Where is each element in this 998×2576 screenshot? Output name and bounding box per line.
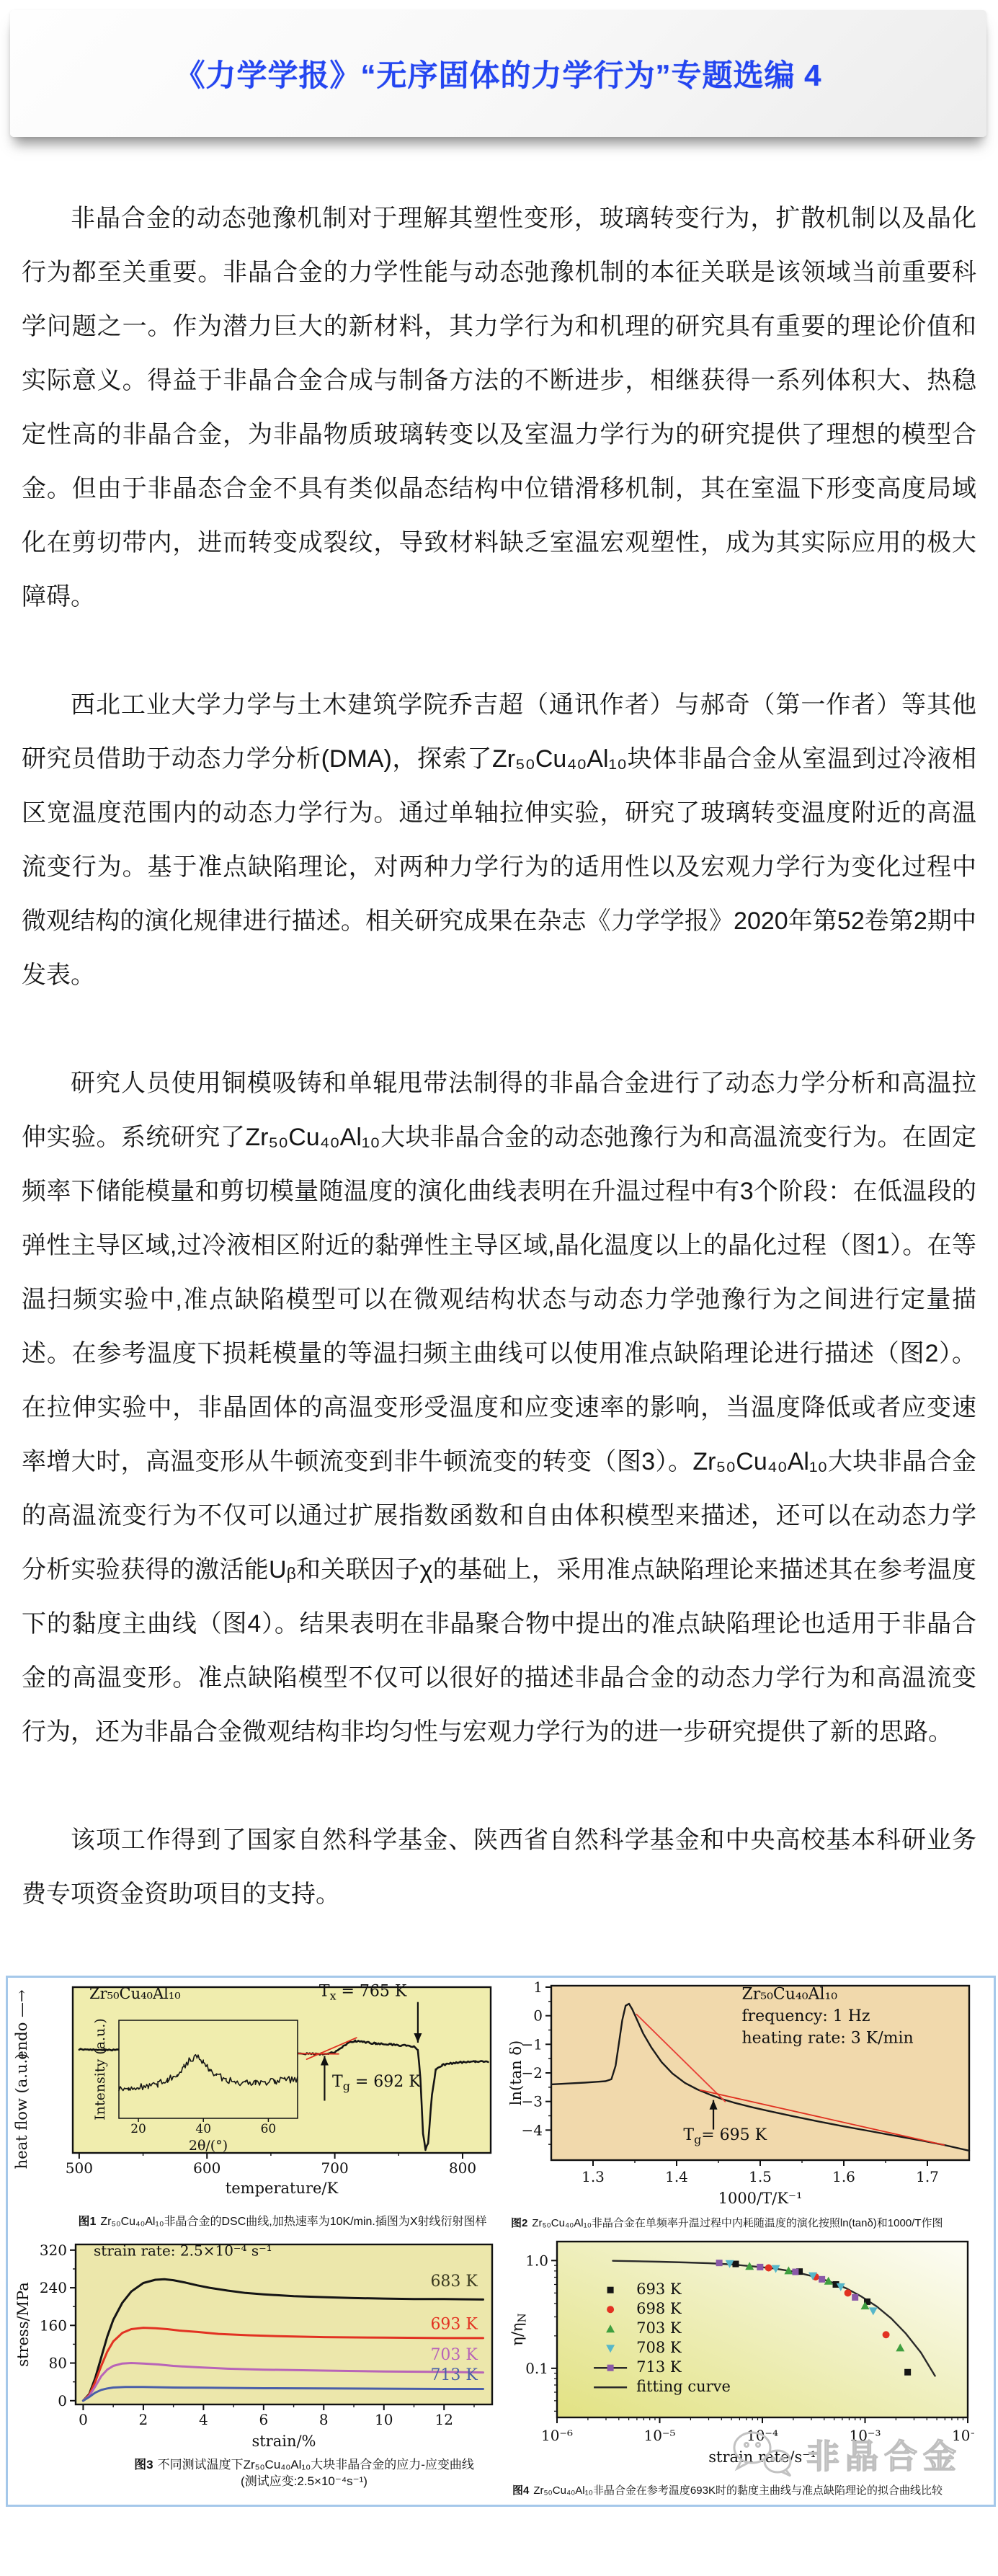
svg-text:strain rate/s⁻¹: strain rate/s⁻¹: [708, 2448, 816, 2466]
svg-text:η/ηN​: η/ηN​: [509, 2313, 529, 2345]
svg-text:10: 10: [375, 2411, 393, 2428]
svg-text:heating rate: 3 K/min: heating rate: 3 K/min: [741, 2029, 913, 2047]
figure3-caption-line2: (测试应变:2.5×10⁻⁴s⁻¹): [12, 2473, 553, 2490]
svg-text:1.3: 1.3: [582, 2168, 605, 2185]
figure4-caption-text: Zr₅₀Cu₄₀Al₁₀非晶合金在参考温度693K时的黏度主曲线与准点缺陷理论的…: [533, 2484, 943, 2497]
article-body: 非晶合金的动态弛豫机制对于理解其塑性变形，玻璃转变行为，扩散机制以及晶化行为都至…: [0, 137, 998, 1922]
svg-text:703 K: 703 K: [636, 2319, 682, 2337]
svg-text:10⁻²: 10⁻²: [952, 2427, 974, 2444]
svg-text:80: 80: [49, 2355, 67, 2372]
figure1-caption: 图1Zr₅₀Cu₄₀Al₁₀非晶合金的DSC曲线,加热速率为10K/min.插图…: [12, 2213, 531, 2230]
bottom-spacer: [0, 2507, 998, 2521]
figure3-caption-tag: 图3: [134, 2458, 153, 2471]
svg-text:1: 1: [533, 1981, 543, 1996]
figure1-dsc-chart: 500600700800Zr₅₀Cu₄₀Al₁₀Tx​ = 765 KTg​ =…: [12, 1981, 499, 2213]
svg-text:240: 240: [40, 2279, 67, 2296]
svg-text:693 K: 693 K: [430, 2316, 478, 2334]
figure4-caption-tag: 图4: [512, 2484, 529, 2497]
figure-3-panel: 024681012080160240320strain rate: 2.5×10…: [12, 2237, 509, 2490]
svg-text:1.6: 1.6: [832, 2168, 855, 2185]
svg-text:ln(tan δ): ln(tan δ): [509, 2040, 525, 2105]
svg-text:10⁻³: 10⁻³: [849, 2427, 881, 2444]
figure-4-panel: 10⁻⁶10⁻⁵10⁻⁴10⁻³10⁻²1.00.1693 K698 K703 …: [509, 2237, 992, 2499]
svg-text:0.1: 0.1: [525, 2360, 548, 2377]
svg-text:600: 600: [193, 2159, 220, 2177]
figure-row-bottom: 024681012080160240320strain rate: 2.5×10…: [12, 2237, 992, 2499]
figure1-caption-text: Zr₅₀Cu₄₀Al₁₀非晶合金的DSC曲线,加热速率为10K/min.插图为X…: [100, 2216, 486, 2228]
svg-text:0: 0: [533, 2007, 543, 2025]
paragraph-intro: 非晶合金的动态弛豫机制对于理解其塑性变形，玻璃转变行为，扩散机制以及晶化行为都至…: [22, 192, 976, 624]
svg-text:10⁻⁴: 10⁻⁴: [747, 2427, 778, 2444]
figure3-stress-strain-chart: 024681012080160240320strain rate: 2.5×10…: [12, 2237, 499, 2453]
svg-text:60: 60: [261, 2122, 277, 2136]
figure2-caption-tag: 图2: [511, 2217, 527, 2229]
paragraph-results: 研究人员使用铜模吸铸和单辊甩带法制得的非晶合金进行了动态力学分析和高温拉伸实验。…: [22, 1057, 976, 1759]
svg-text:heat flow (a.u.): heat flow (a.u.): [13, 2053, 30, 2169]
svg-text:strain rate: 2.5×10⁻⁴ s⁻¹: strain rate: 2.5×10⁻⁴ s⁻¹: [94, 2242, 272, 2260]
svg-text:Tx​ = 765 K: Tx​ = 765 K: [319, 1983, 407, 2003]
figure-2-panel: 1.31.41.51.61.710−1−2−3−4Zr₅₀Cu₄₀Al₁₀fre…: [509, 1981, 992, 2213]
svg-text:693 K: 693 K: [636, 2280, 682, 2298]
figure-caption-row-top: 图1Zr₅₀Cu₄₀Al₁₀非晶合金的DSC曲线,加热速率为10K/min.插图…: [12, 2213, 992, 2231]
svg-text:683 K: 683 K: [430, 2273, 478, 2291]
svg-text:708 K: 708 K: [636, 2339, 682, 2356]
figure3-caption: 图3不同测试温度下Zr₅₀Cu₄₀Al₁₀大块非晶合金的应力-应变曲线: [12, 2456, 553, 2473]
svg-text:0: 0: [58, 2392, 67, 2410]
article-page: 《力学学报》“无序固体的力学行为”专题选编 4 非晶合金的动态弛豫机制对于理解其…: [0, 10, 998, 2521]
svg-text:2: 2: [139, 2411, 148, 2428]
svg-text:1.5: 1.5: [749, 2168, 772, 2185]
svg-text:strain/%: strain/%: [251, 2433, 316, 2450]
figure1-caption-tag: 图1: [78, 2216, 96, 2228]
paragraph-authors: 西北工业大学力学与土木建筑学院乔吉超（通讯作者）与郝奇（第一作者）等其他研究员借…: [22, 678, 976, 1003]
svg-text:40: 40: [195, 2122, 211, 2136]
svg-text:320: 320: [40, 2242, 67, 2259]
svg-text:−4: −4: [522, 2121, 543, 2138]
svg-text:Zr₅₀Cu₄₀Al₁₀: Zr₅₀Cu₄₀Al₁₀: [89, 1985, 181, 2002]
header-card: 《力学学报》“无序固体的力学行为”专题选编 4: [10, 10, 986, 137]
svg-text:2θ/(°): 2θ/(°): [189, 2138, 228, 2154]
svg-text:12: 12: [435, 2411, 453, 2428]
paragraph-funding: 该项工作得到了国家自然科学基金、陕西省自然科学基金和中央高校基本科研业务费专项资…: [22, 1813, 976, 1922]
svg-text:20: 20: [130, 2122, 146, 2136]
figure2-caption: 图2Zr₅₀Cu₄₀Al₁₀非晶合金在单频率升温过程中内耗随温度的演化按照ln(…: [509, 2215, 994, 2231]
svg-text:frequency: 1 Hz: frequency: 1 Hz: [741, 2007, 870, 2025]
svg-text:500: 500: [66, 2159, 93, 2177]
svg-text:4: 4: [199, 2411, 208, 2428]
figure-row-top: 500600700800Zr₅₀Cu₄₀Al₁₀Tx​ = 765 KTg​ =…: [12, 1981, 992, 2213]
page-title: 《力学学报》“无序固体的力学行为”专题选编 4: [174, 52, 821, 95]
svg-text:1.0: 1.0: [525, 2252, 548, 2269]
svg-text:6: 6: [259, 2411, 268, 2428]
svg-text:10⁻⁵: 10⁻⁵: [643, 2427, 675, 2444]
svg-text:160: 160: [40, 2317, 67, 2334]
svg-text:8: 8: [319, 2411, 329, 2428]
figure4-viscosity-chart: 10⁻⁶10⁻⁵10⁻⁴10⁻³10⁻²1.00.1693 K698 K703 …: [509, 2237, 974, 2469]
figure-box: 500600700800Zr₅₀Cu₄₀Al₁₀Tx​ = 765 KTg​ =…: [6, 1976, 996, 2507]
svg-text:703 K: 703 K: [430, 2346, 478, 2364]
svg-text:800: 800: [449, 2159, 476, 2177]
svg-text:698 K: 698 K: [636, 2300, 682, 2317]
svg-text:700: 700: [321, 2159, 349, 2177]
svg-text:1.4: 1.4: [665, 2168, 688, 2185]
svg-text:1000/T/K⁻¹: 1000/T/K⁻¹: [718, 2190, 803, 2207]
figure4-caption: 图4Zr₅₀Cu₄₀Al₁₀非晶合金在参考温度693K时的黏度主曲线与准点缺陷理…: [509, 2482, 995, 2499]
svg-text:0: 0: [79, 2411, 88, 2428]
svg-text:Intensity (a.u.): Intensity (a.u.): [92, 2018, 108, 2120]
figure-1-panel: 500600700800Zr₅₀Cu₄₀Al₁₀Tx​ = 765 KTg​ =…: [12, 1981, 509, 2213]
svg-text:Zr₅₀Cu₄₀Al₁₀: Zr₅₀Cu₄₀Al₁₀: [741, 1986, 837, 2004]
figure2-caption-text: Zr₅₀Cu₄₀Al₁₀非晶合金在单频率升温过程中内耗随温度的演化按照ln(ta…: [532, 2217, 943, 2229]
svg-text:temperature/K: temperature/K: [226, 2180, 339, 2197]
svg-text:fitting curve: fitting curve: [636, 2378, 731, 2395]
svg-text:10⁻⁶: 10⁻⁶: [541, 2427, 573, 2444]
figure2-lntand-chart: 1.31.41.51.61.710−1−2−3−4Zr₅₀Cu₄₀Al₁₀fre…: [509, 1981, 974, 2213]
svg-text:endo —→: endo —→: [13, 1989, 30, 2059]
figure3-caption-text: 不同测试温度下Zr₅₀Cu₄₀Al₁₀大块非晶合金的应力-应变曲线: [158, 2458, 474, 2471]
svg-text:stress/MPa: stress/MPa: [14, 2282, 32, 2367]
svg-text:1.7: 1.7: [916, 2168, 939, 2185]
svg-text:713 K: 713 K: [430, 2366, 478, 2384]
svg-text:713 K: 713 K: [636, 2358, 682, 2376]
